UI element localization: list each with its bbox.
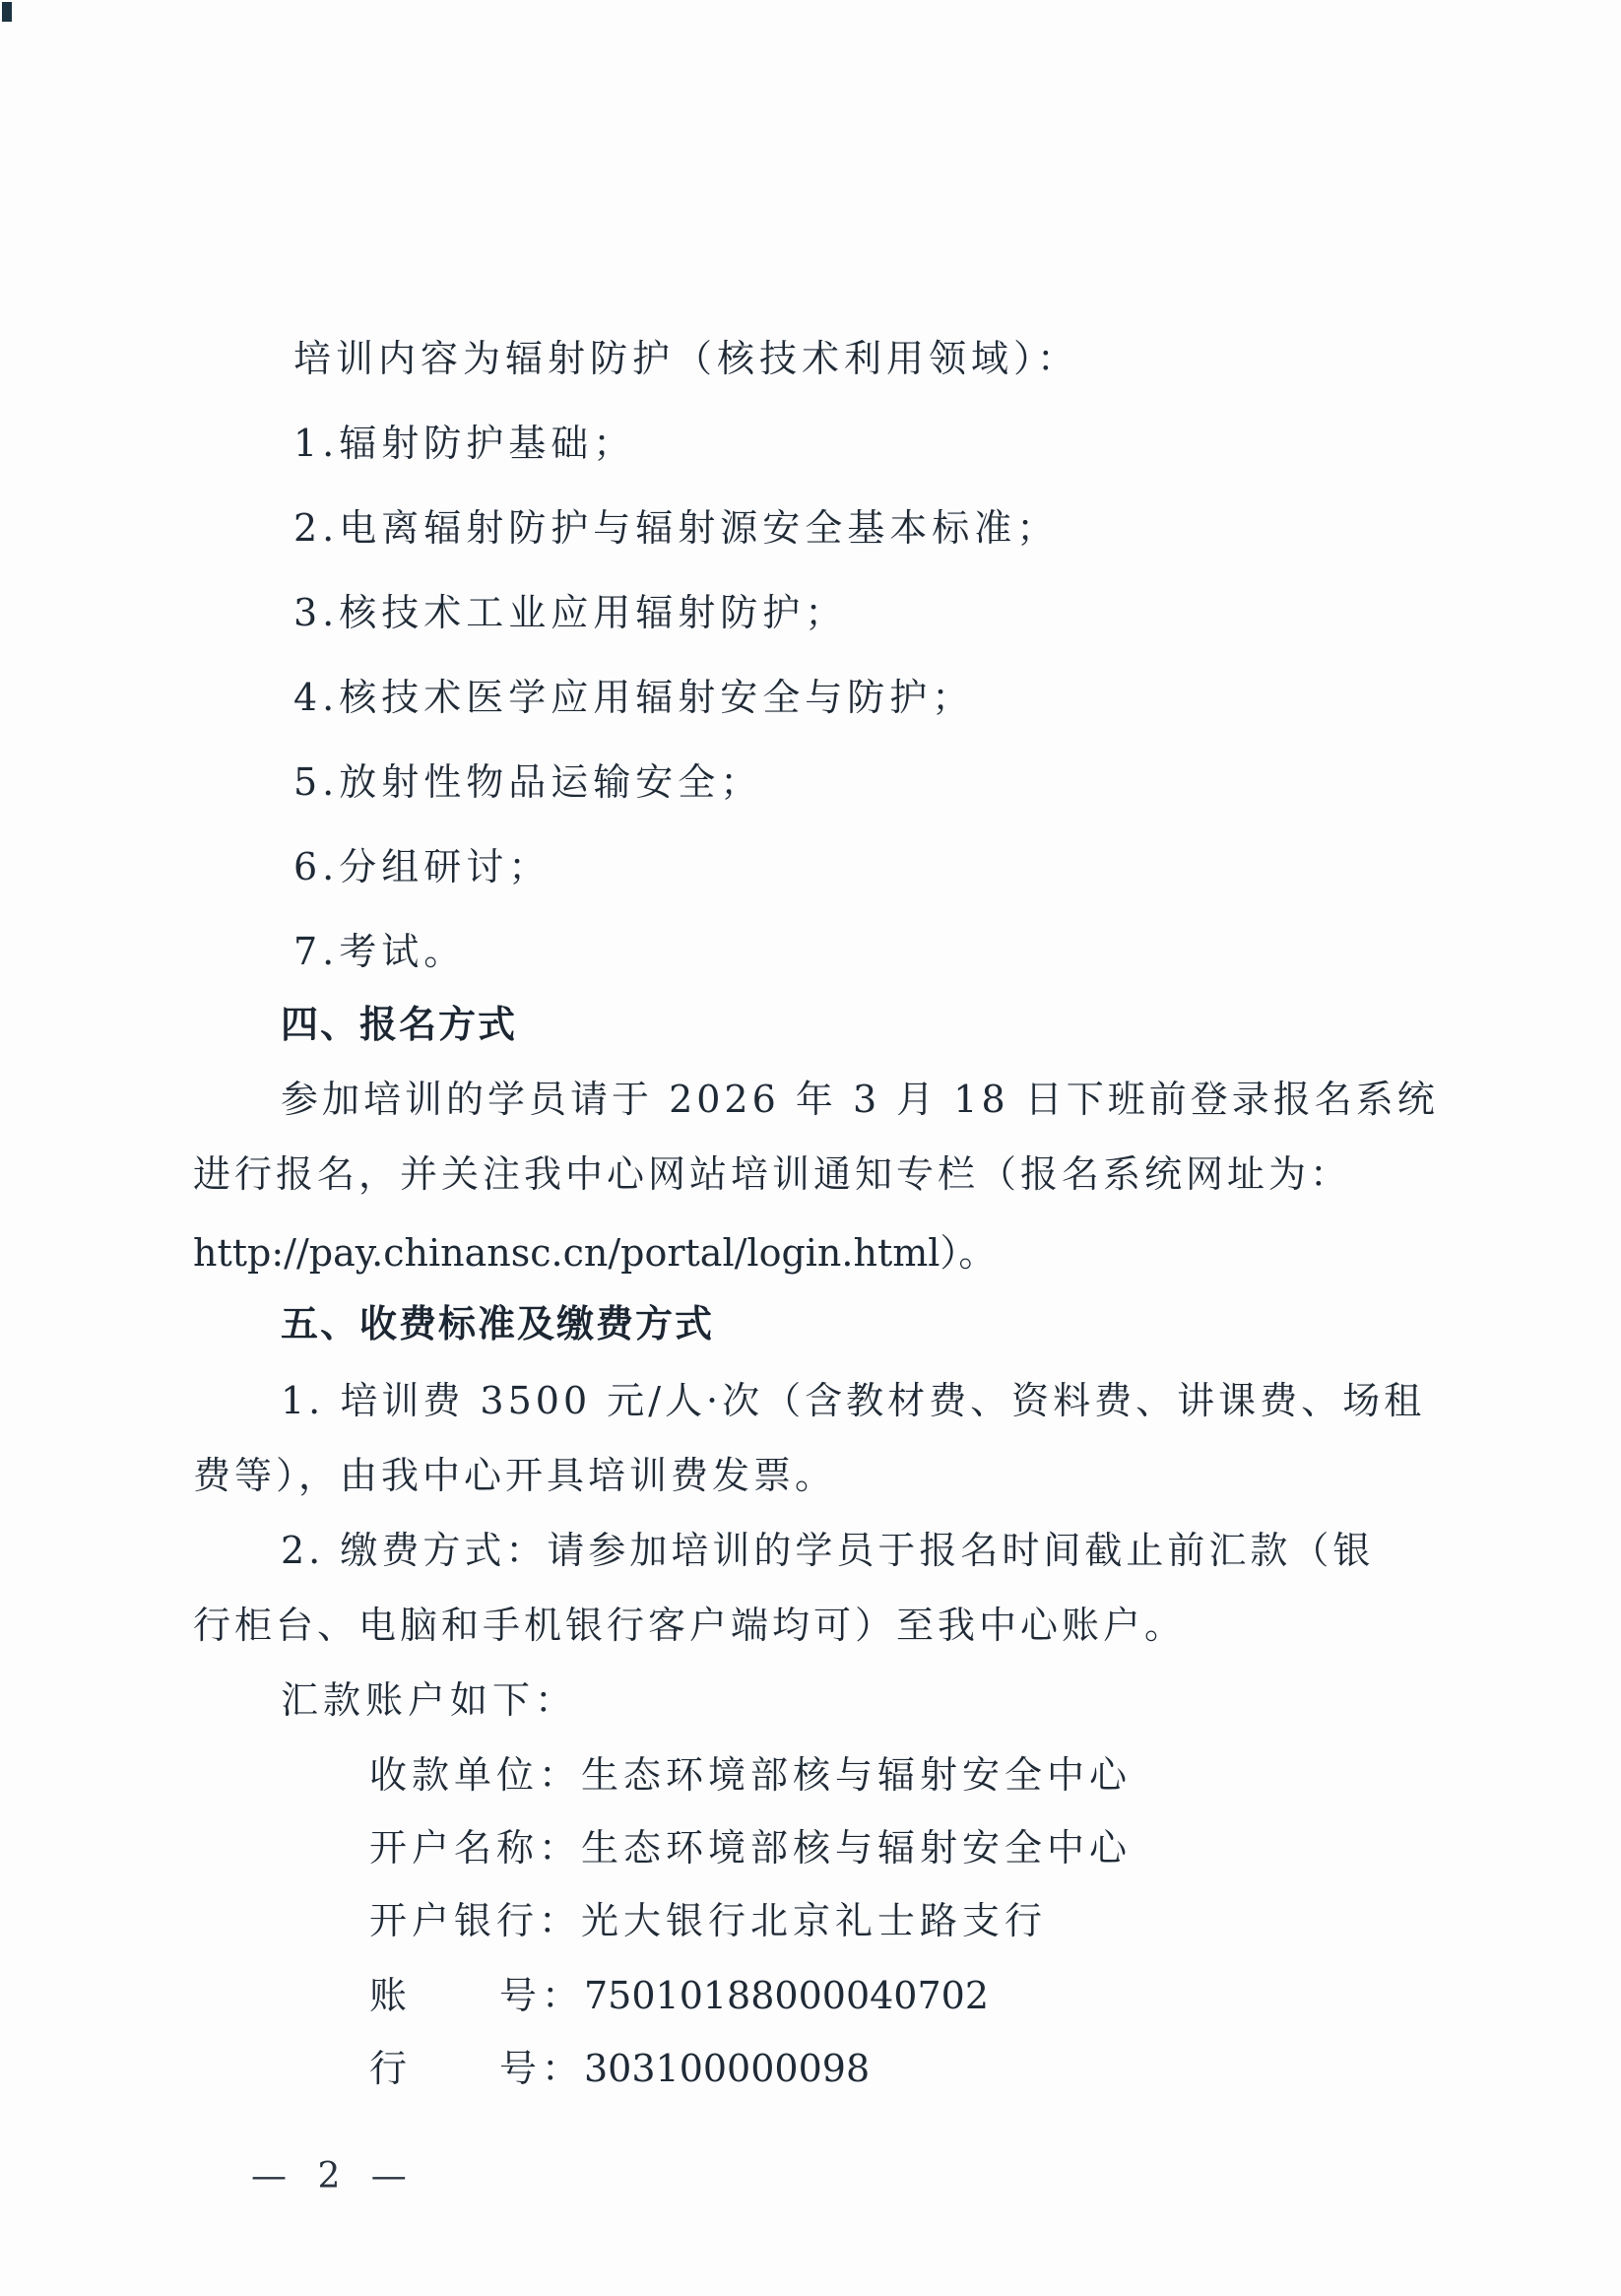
payee-value: 生态环境部核与辐射安全中心 — [581, 1753, 1132, 1797]
account-name-row: 开户名称：生态环境部核与辐射安全中心 — [369, 1826, 1132, 1870]
document-page: 培训内容为辐射防护（核技术利用领域）： 1.辐射防护基础； 2.电离辐射防护与辐… — [0, 0, 1621, 2296]
topic-item-7: 7.考试。 — [293, 930, 466, 973]
fee-item-2-line-2: 行柜台、电脑和手机银行客户端均可）至我中心账户。 — [193, 1604, 1186, 1647]
page-number: — 2 — — [251, 2157, 417, 2197]
registration-paragraph-line-1: 参加培训的学员请于 2026 年 3 月 18 日下班前登录报名系统 — [281, 1078, 1439, 1121]
account-name-label: 开户名称： — [369, 1826, 581, 1870]
section-heading-fees: 五、收费标准及缴费方式 — [281, 1302, 714, 1345]
topic-item-1: 1.辐射防护基础； — [293, 422, 635, 465]
bank-code-row: 行号：303100000098 — [369, 2047, 870, 2090]
account-intro: 汇款账户如下： — [281, 1678, 577, 1722]
fee-item-2-line-1: 2. 缴费方式：请参加培训的学员于报名时间截止前汇款（银 — [281, 1529, 1374, 1572]
payee-row: 收款单位：生态环境部核与辐射安全中心 — [369, 1753, 1132, 1797]
section-heading-registration: 四、报名方式 — [281, 1003, 517, 1046]
account-name-value: 生态环境部核与辐射安全中心 — [581, 1826, 1132, 1870]
topic-item-5: 5.放射性物品运输安全； — [293, 760, 762, 804]
bank-code-label: 行号： — [369, 2047, 584, 2090]
registration-paragraph-line-2: 进行报名，并关注我中心网站培训通知专栏（报名系统网址为： — [193, 1152, 1351, 1196]
topic-item-4: 4.核技术医学应用辐射安全与防护； — [293, 676, 974, 719]
bank-value: 光大银行北京礼士路支行 — [581, 1899, 1047, 1942]
registration-url: http://pay.chinansc.cn/portal/login.html… — [193, 1231, 996, 1275]
account-number-row: 账号：75010188000040702 — [369, 1974, 989, 2017]
topic-item-6: 6.分组研讨； — [293, 845, 551, 888]
account-number-value: 75010188000040702 — [584, 1974, 989, 2017]
topic-item-2: 2.电离辐射防护与辐射源安全基本标准； — [293, 506, 1059, 550]
account-number-label: 账号： — [369, 1974, 584, 2017]
topic-item-3: 3.核技术工业应用辐射防护； — [293, 591, 847, 634]
bank-label: 开户银行： — [369, 1899, 581, 1942]
bank-row: 开户银行：光大银行北京礼士路支行 — [369, 1899, 1047, 1942]
bank-code-value: 303100000098 — [584, 2047, 870, 2090]
fee-item-1-line-1: 1. 培训费 3500 元/人·次（含教材费、资料费、讲课费、场租 — [281, 1379, 1425, 1422]
payee-label: 收款单位： — [369, 1753, 581, 1797]
fee-item-1-line-2: 费等），由我中心开具培训费发票。 — [193, 1454, 836, 1497]
training-content-intro: 培训内容为辐射防护（核技术利用领域）： — [293, 337, 1079, 380]
